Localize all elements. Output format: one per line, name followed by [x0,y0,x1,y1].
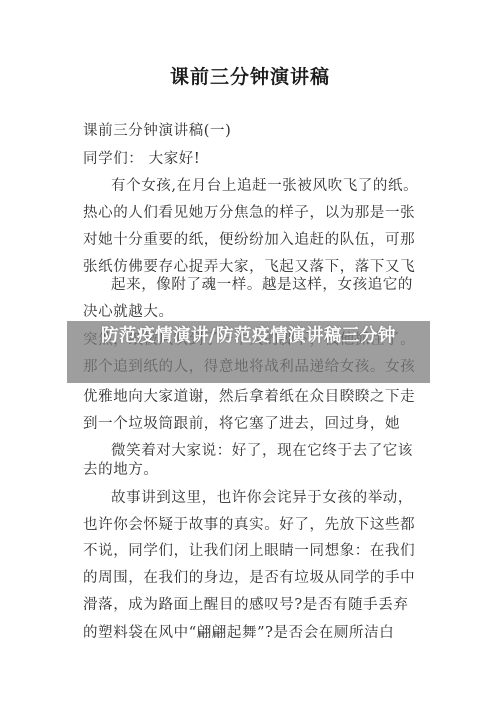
document-page: 课前三分钟演讲稿 课前三分钟演讲稿(一)同学们： 大家好!有个女孩,在月台上追赶… [0,0,500,706]
document-title: 课前三分钟演讲稿 [0,62,500,89]
paragraph-line: 不说，同学们，让我们闭上眼睛一同想象：在我们 [83,541,423,561]
paragraph-line: 微笑着对大家说：好了，现在它终于去了它该 [111,441,451,461]
paragraph-line: 热心的人们看见她万分焦急的样子，以为那是一张 [83,203,423,223]
paragraph-line: 起来，像附了魂一样。越是这样，女孩追它的 [111,275,451,295]
paragraph-line: 对她十分重要的纸，便纷纷加入追赶的队伍，可那 [83,230,423,250]
paragraph-line: 的塑料袋在风中“翩翩起舞”?是否会在厕所洁白 [83,623,423,643]
paragraph-line: 去的地方。 [83,460,423,480]
paragraph-line: 张纸仿佛要存心捉弄大家，飞起又落下，落下又飞 [83,257,423,277]
paragraph-line: 到一个垃圾筒跟前，将它塞了进去，回过身，她 [83,414,423,434]
paragraph-line: 优雅地向大家道谢，然后拿着纸在众目睽睽之下走 [83,387,423,407]
paragraph-line: 有个女孩,在月台上追赶一张被风吹飞了的纸。 [111,176,451,196]
paragraph-line: 滑落，成为路面上醒目的感叹号?是否有随手丢弃 [83,595,423,615]
paragraph-line: 的周围，在我们的身边，是否有垃圾从同学的手中 [83,568,423,588]
paragraph-line: 决心就越大。 [83,302,423,322]
paragraph-line: 同学们： 大家好! [83,149,423,169]
caption-overlay-text: 防范疫情演讲/防范疫情演讲稿三分钟 [67,324,430,348]
paragraph-line: 也许你会怀疑于故事的真实。好了，先放下这些都 [83,515,423,535]
paragraph-line: 故事讲到这里，也许你会诧异于女孩的举动， [111,488,451,508]
paragraph-line: 课前三分钟演讲稿(一) [83,121,423,141]
